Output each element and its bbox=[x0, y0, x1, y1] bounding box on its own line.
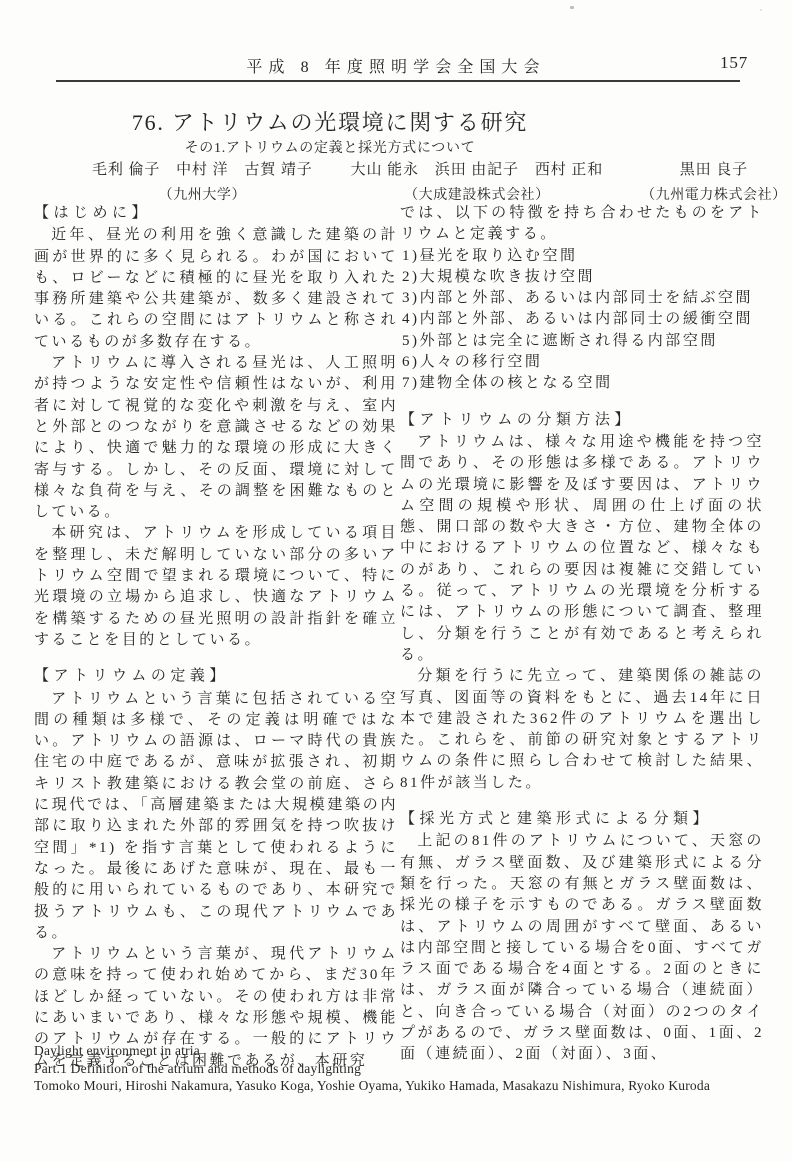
author-affiliation: （大成建設株式会社） bbox=[351, 184, 603, 204]
list-item: 4)内部と外部、あるいは内部同士の緩衝空間 bbox=[400, 309, 764, 330]
page-number: 157 bbox=[714, 53, 754, 73]
paper-title: 76. アトリウムの光環境に関する研究 bbox=[0, 106, 660, 137]
paragraph: 分類を行うに先立って、建築関係の雑誌の写真、図面等の資料をもとに、過去14年に日… bbox=[400, 666, 764, 794]
scan-artifact bbox=[570, 6, 574, 9]
paragraph: アトリウムは、様々な用途や機能を持つ空間であり、その形態は多様である。アトリウム… bbox=[400, 432, 764, 666]
footer-part-en: Part.1 Definition of the atrium and meth… bbox=[34, 1060, 764, 1078]
header-divider bbox=[56, 80, 740, 82]
list-item: 6)人々の移行空間 bbox=[400, 352, 764, 373]
footer-english-block: Daylight environment in atria Part.1 Def… bbox=[34, 1042, 764, 1095]
list-item: 3)内部と外部、あるいは内部同士を結ぶ空間 bbox=[400, 288, 764, 309]
list-item: 7)建物全体の核となる空間 bbox=[400, 373, 764, 394]
paragraph: 近年、昼光の利用を強く意識した建築の計画が世界的に多く見られる。わが国においても… bbox=[34, 225, 398, 353]
paper-subtitle: その1.アトリウムの定義と採光方式について bbox=[0, 137, 660, 157]
author-names: 大山 能永 浜田 由記子 西村 正和 bbox=[351, 158, 603, 179]
section-heading-definition: 【アトリウムの定義】 bbox=[34, 666, 398, 687]
paragraph: アトリウムという言葉に包括されている空間の種類は多様で、その定義は明確ではない。… bbox=[34, 689, 398, 945]
section-heading-classification: 【アトリウムの分類方法】 bbox=[400, 410, 764, 431]
right-column: では、以下の特徴を持ち合わせたものをアトリウムと定義する。 1)昼光を取り込む空… bbox=[400, 203, 764, 1066]
author-names: 毛利 倫子 中村 洋 古賀 靖子 bbox=[92, 158, 313, 179]
author-group-kyushu-electric: 黒田 良子 （九州電力株式会社） bbox=[641, 158, 787, 204]
section-heading-daylighting: 【採光方式と建築形式による分類】 bbox=[400, 809, 764, 830]
paragraph: 上記の81件のアトリウムについて、天窓の有無、ガラス壁面数、及び建築形式による分… bbox=[400, 831, 764, 1065]
paragraph: 本研究は、アトリウムを形成している項目を整理し、未だ解明していない部分の多いアト… bbox=[34, 523, 398, 651]
left-column: 【はじめに】 近年、昼光の利用を強く意識した建築の計画が世界的に多く見られる。わ… bbox=[34, 203, 398, 1072]
section-heading-introduction: 【はじめに】 bbox=[34, 203, 398, 224]
list-item: 2)大規模な吹き抜け空間 bbox=[400, 267, 764, 288]
footer-title-en: Daylight environment in atria bbox=[34, 1042, 764, 1060]
author-group-kyushu-univ: 毛利 倫子 中村 洋 古賀 靖子 （九州大学） bbox=[92, 158, 313, 204]
footer-authors-en: Tomoko Mouri, Hiroshi Nakamura, Yasuko K… bbox=[34, 1077, 764, 1095]
authors-row: 毛利 倫子 中村 洋 古賀 靖子 （九州大学） 大山 能永 浜田 由記子 西村 … bbox=[92, 158, 787, 204]
conference-title: 平成 8 年度照明学会全国大会 bbox=[0, 54, 792, 77]
list-item: 1)昼光を取り込む空間 bbox=[400, 246, 764, 267]
atrium-feature-list: 1)昼光を取り込む空間 2)大規模な吹き抜け空間 3)内部と外部、あるいは内部同… bbox=[400, 246, 764, 395]
paragraph-continued: では、以下の特徴を持ち合わせたものをアトリウムと定義する。 bbox=[400, 203, 764, 246]
list-item: 5)外部とは完全に遮断され得る内部空間 bbox=[400, 331, 764, 352]
author-group-taisei: 大山 能永 浜田 由記子 西村 正和 （大成建設株式会社） bbox=[351, 158, 603, 204]
scan-artifact bbox=[760, 9, 762, 11]
author-affiliation: （九州電力株式会社） bbox=[641, 184, 787, 204]
author-names: 黒田 良子 bbox=[641, 158, 787, 179]
paper-page: 平成 8 年度照明学会全国大会 157 76. アトリウムの光環境に関する研究 … bbox=[0, 0, 792, 1162]
author-affiliation: （九州大学） bbox=[92, 184, 313, 204]
paragraph: アトリウムに導入される昼光は、人工照明が持つような安定性や信頼性はないが、利用者… bbox=[34, 353, 398, 523]
